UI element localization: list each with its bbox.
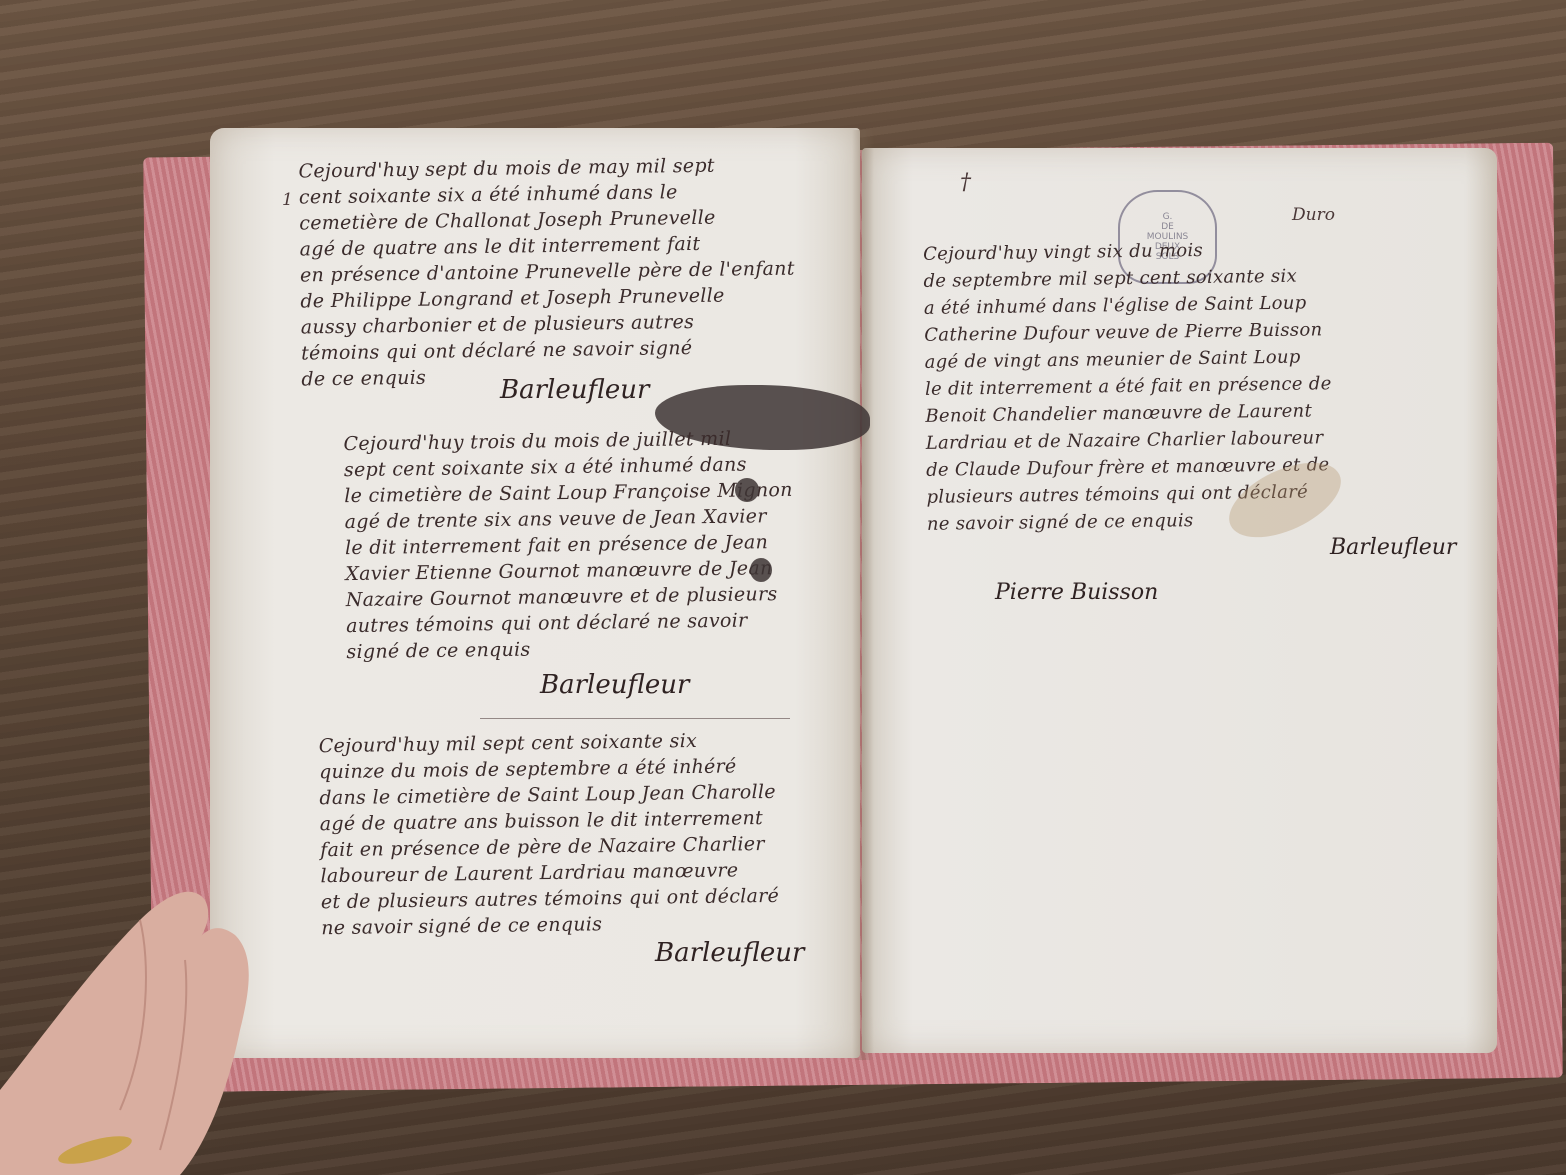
- priest-signature: Barleufleur: [540, 670, 689, 700]
- book-gutter: [852, 130, 874, 1060]
- ink-drop: [750, 558, 772, 582]
- margin-note: Duro: [1292, 205, 1335, 225]
- priest-signature: Barleufleur: [1330, 535, 1456, 560]
- priest-signature: Barleufleur: [500, 375, 649, 405]
- stamp-text: DE: [1161, 222, 1174, 232]
- margin-mark: 1: [282, 190, 293, 210]
- priest-signature: Barleufleur: [655, 938, 804, 968]
- witness-signature: Pierre Buisson: [995, 580, 1158, 605]
- ink-drop: [735, 478, 759, 502]
- entry-separator: [480, 718, 790, 719]
- burial-entry-2: Cejourd'huy trois du mois de juillet mil…: [343, 425, 795, 665]
- cross-mark: †: [960, 170, 971, 195]
- stamp-text: G.: [1163, 212, 1173, 222]
- burial-entry-3: Cejourd'huy mil sept cent soixante six q…: [319, 727, 780, 941]
- burial-entry-1: Cejourd'huy sept du mois de may mil sept…: [298, 152, 796, 393]
- hand: [0, 860, 270, 1175]
